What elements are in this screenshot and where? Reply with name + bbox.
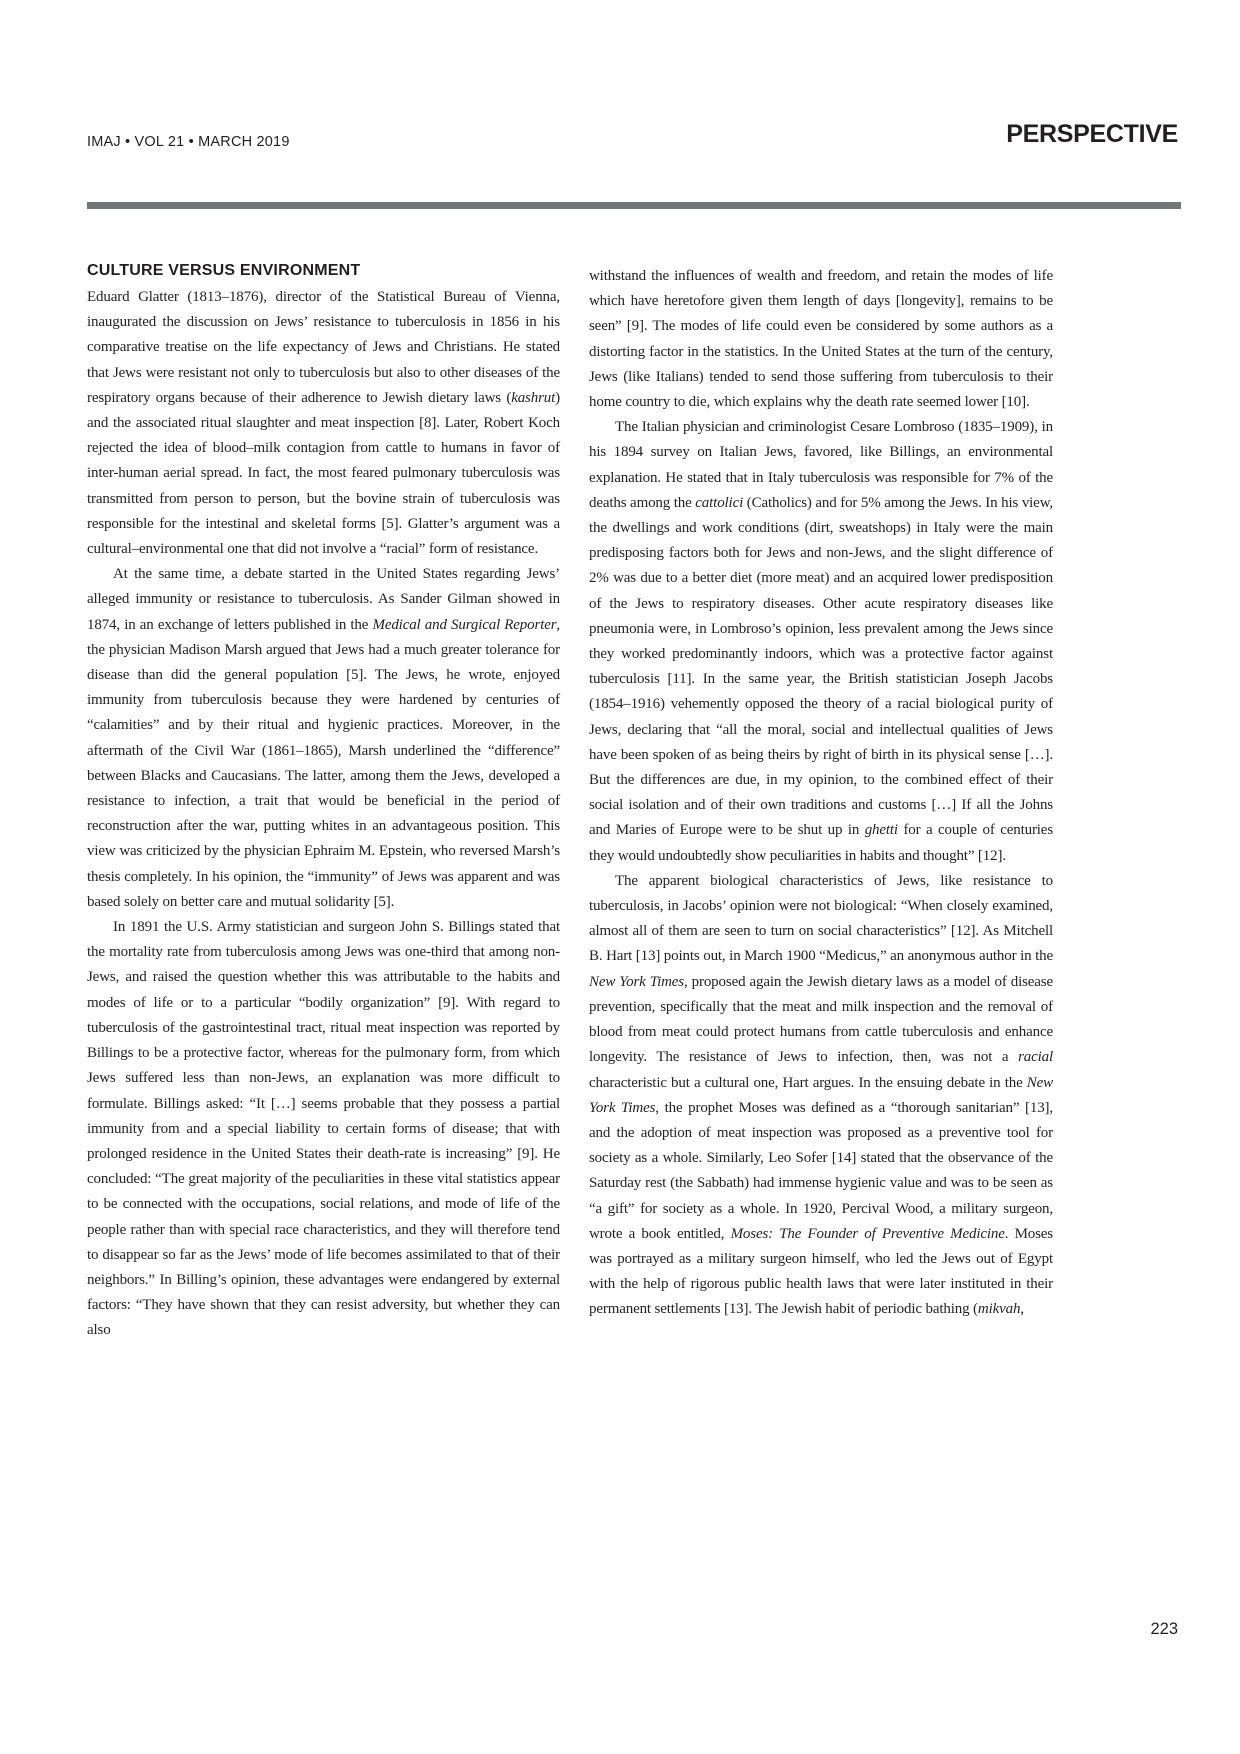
paragraph: At the same time, a debate started in th… [87,562,560,915]
article-body: CULTURE VERSUS ENVIRONMENT Eduard Glatte… [87,262,1053,1344]
paragraph: The Italian physician and criminologist … [589,415,1053,869]
page-number: 223 [1150,1620,1178,1639]
journal-page: IMAJ • VOL 21 • MARCH 2019 PERSPECTIVE C… [0,0,1240,1754]
paragraph: In 1891 the U.S. Army statistician and s… [87,915,560,1343]
left-column: CULTURE VERSUS ENVIRONMENT Eduard Glatte… [87,262,560,1344]
section-label: PERSPECTIVE [1006,120,1178,149]
right-column: withstand the influences of wealth and f… [589,262,1053,1323]
left-column-text: Eduard Glatter (1813–1876), director of … [87,285,560,1344]
section-heading: CULTURE VERSUS ENVIRONMENT [87,262,560,280]
right-column-text: withstand the influences of wealth and f… [589,264,1053,1323]
header-divider-rule [87,202,1181,209]
paragraph: The apparent biological characteristics … [589,869,1053,1323]
paragraph: withstand the influences of wealth and f… [589,264,1053,415]
journal-issue-info: IMAJ • VOL 21 • MARCH 2019 [87,134,290,150]
paragraph: Eduard Glatter (1813–1876), director of … [87,285,560,562]
